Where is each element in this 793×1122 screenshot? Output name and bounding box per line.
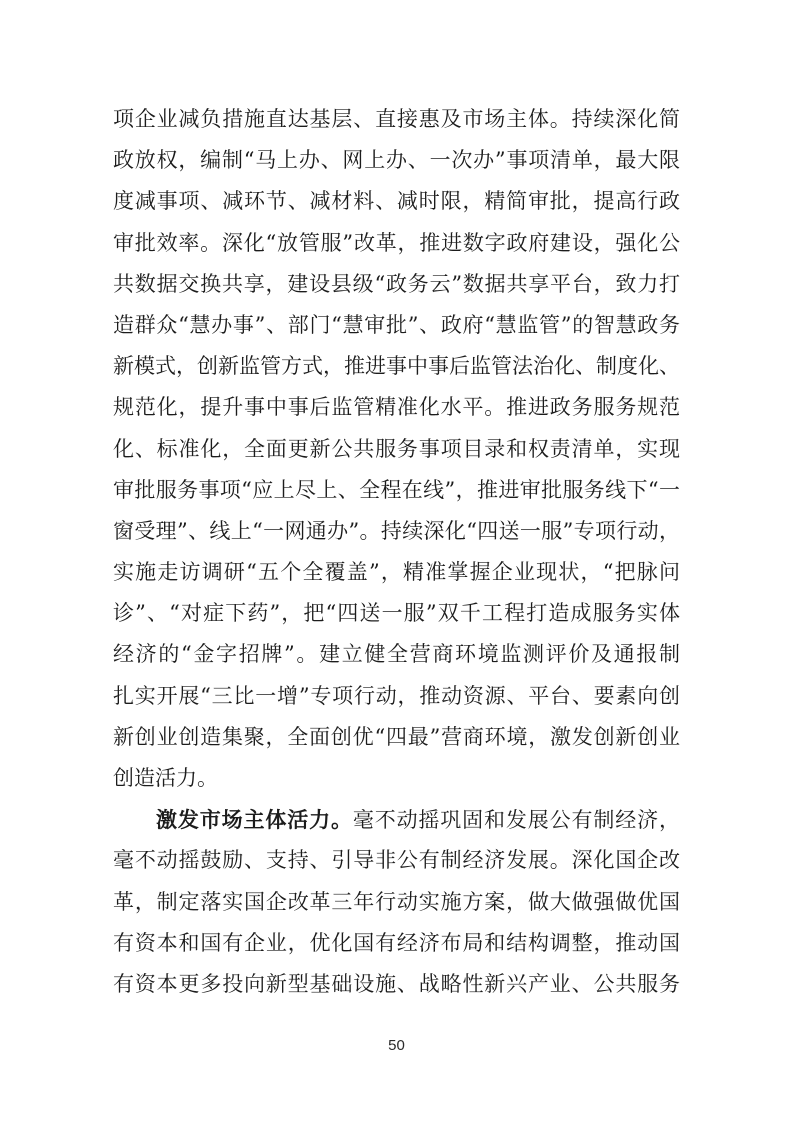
- text-line: 审批服务事项“应上尽上、全程在线”，推进审批服务线下“一: [113, 470, 680, 511]
- paragraph-market-vitality: 激发市场主体活力。毫不动摇巩固和发展公有制经济，毫不动摇鼓励、支持、引导非公有制…: [113, 799, 680, 1005]
- text-line: 诊”、“对症下药”，把“四送一服”双千工程打造成服务实体: [113, 593, 680, 634]
- text-line: 经济的“金字招牌”。建立健全营商环境监测评价及通报制度，: [113, 634, 680, 675]
- text-line: 激发市场主体活力。毫不动摇巩固和发展公有制经济，: [113, 799, 680, 840]
- text-line: 实施走访调研“五个全覆盖”，精准掌握企业现状，“把脉问: [113, 552, 680, 593]
- text-line: 政放权，编制“马上办、网上办、一次办”事项清单，最大限: [113, 140, 680, 181]
- text-line: 革，制定落实国企改革三年行动实施方案，做大做强做优国: [113, 882, 680, 923]
- text-line: 扎实开展“三比一增”专项行动，推动资源、平台、要素向创: [113, 676, 680, 717]
- text-line: 新创业创造集聚，全面创优“四最”营商环境，激发创新创业: [113, 717, 680, 758]
- text-line: 审批效率。深化“放管服”改革，推进数字政府建设，强化公: [113, 223, 680, 264]
- text-line: 有资本更多投向新型基础设施、战略性新兴产业、公共服务: [113, 964, 680, 1005]
- bold-lead-heading: 激发市场主体活力。: [156, 807, 353, 832]
- text-line: 造群众“慧办事”、部门“慧审批”、政府“慧监管”的智慧政务: [113, 305, 680, 346]
- text-line: 创造活力。: [113, 758, 680, 799]
- text-line: 规范化，提升事中事后监管精准化水平。推进政务服务规范: [113, 387, 680, 428]
- page-number: 50: [0, 1036, 793, 1056]
- text-line: 共数据交换共享，建设县级“政务云”数据共享平台，致力打: [113, 264, 680, 305]
- text-line: 项企业减负措施直达基层、直接惠及市场主体。持续深化简: [113, 99, 680, 140]
- text-line: 窗受理”、线上“一网通办”。持续深化“四送一服”专项行动，: [113, 511, 680, 552]
- document-page: 项企业减负措施直达基层、直接惠及市场主体。持续深化简政放权，编制“马上办、网上办…: [0, 0, 793, 1122]
- text-line: 度减事项、减环节、减材料、减时限，精简审批，提高行政: [113, 181, 680, 222]
- text-line: 新模式，创新监管方式，推进事中事后监管法治化、制度化、: [113, 346, 680, 387]
- text-line: 化、标准化，全面更新公共服务事项目录和权责清单，实现: [113, 429, 680, 470]
- text-block: 项企业减负措施直达基层、直接惠及市场主体。持续深化简政放权，编制“马上办、网上办…: [113, 99, 680, 1005]
- text-line: 有资本和国有企业，优化国有经济布局和结构调整，推动国: [113, 923, 680, 964]
- text-line: 毫不动摇鼓励、支持、引导非公有制经济发展。深化国企改: [113, 840, 680, 881]
- paragraph-business-environment: 项企业减负措施直达基层、直接惠及市场主体。持续深化简政放权，编制“马上办、网上办…: [113, 99, 680, 799]
